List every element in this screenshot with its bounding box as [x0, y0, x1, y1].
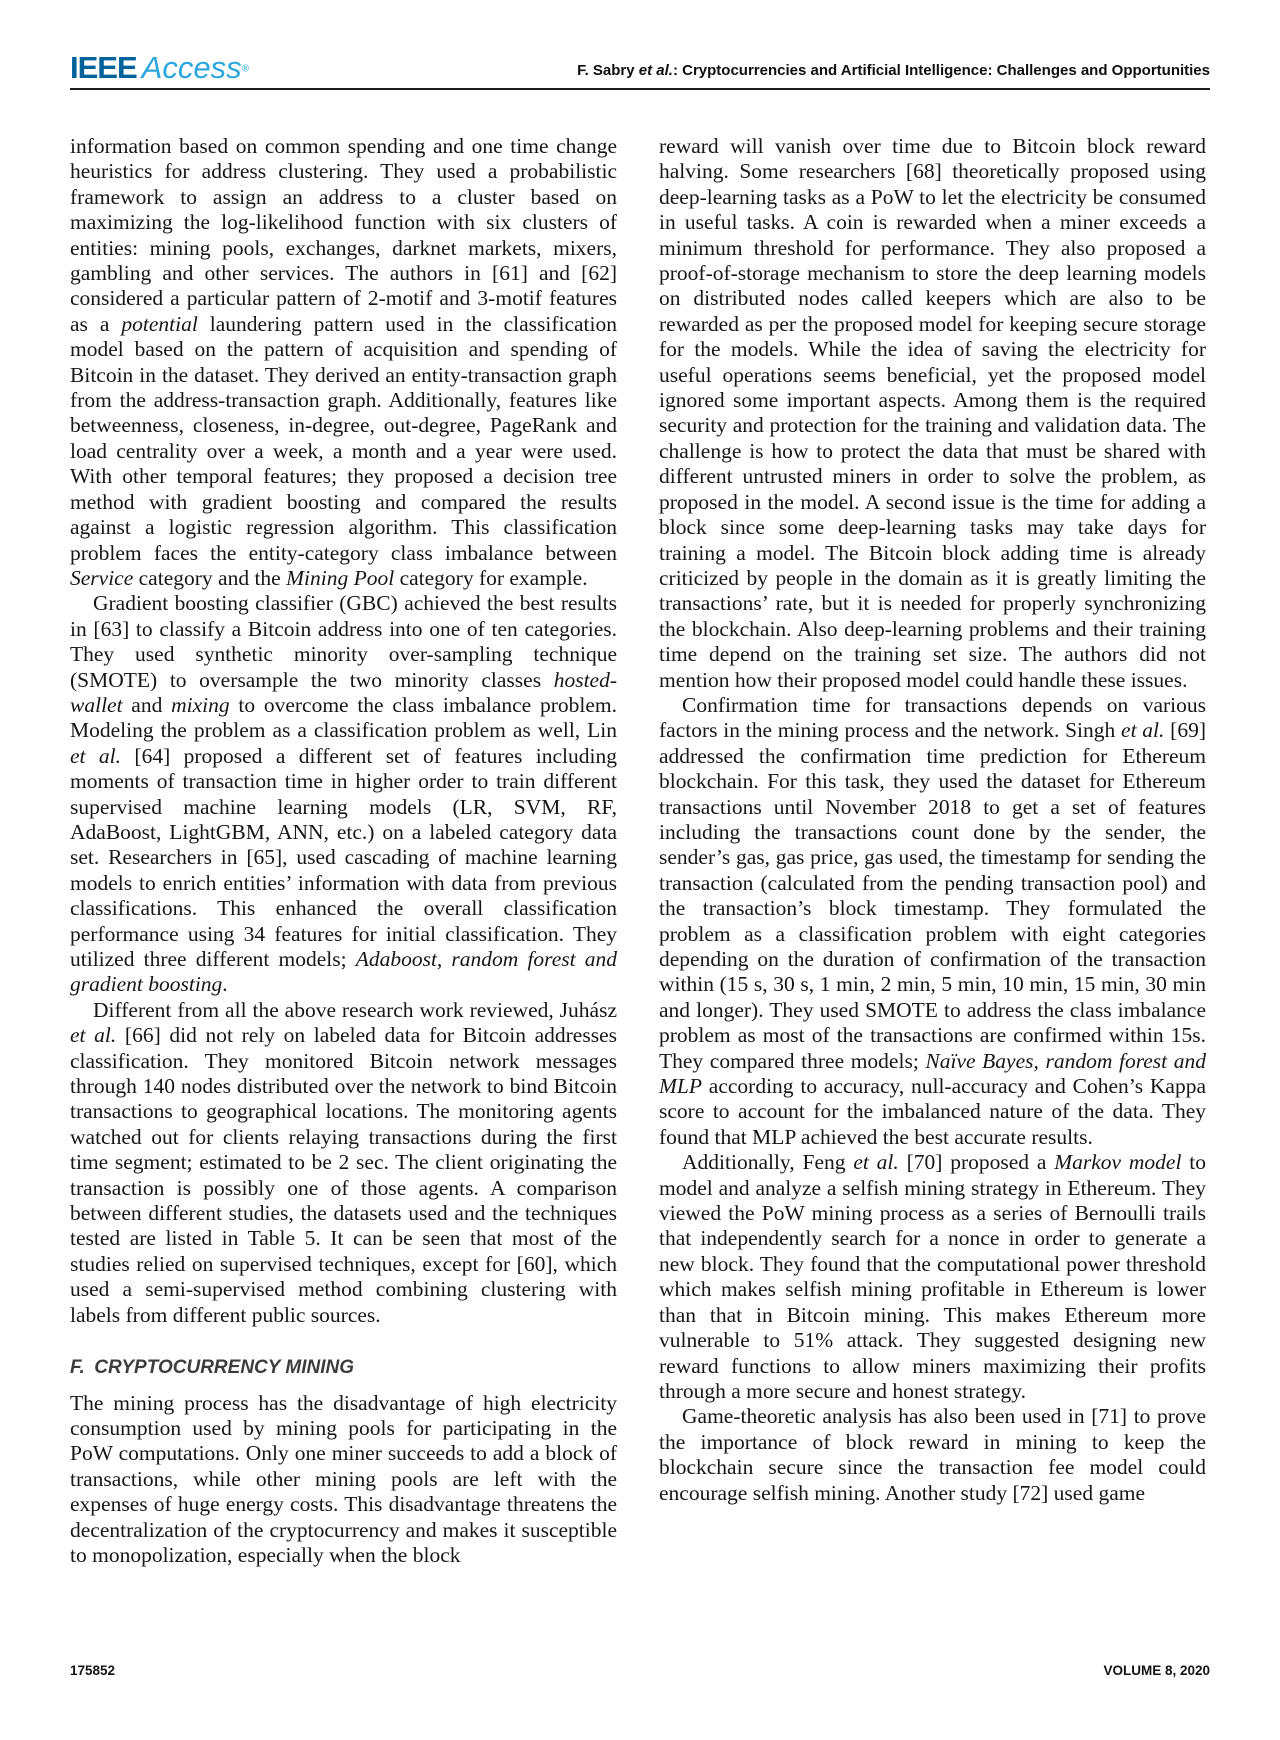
- registered-trademark-icon: ®: [242, 64, 249, 75]
- paragraph: Additionally, Feng et al. [70] proposed …: [659, 1150, 1206, 1404]
- paragraph: reward will vanish over time due to Bitc…: [659, 134, 1206, 693]
- paragraph: Different from all the above research wo…: [70, 998, 617, 1328]
- page-number: 175852: [70, 1663, 115, 1678]
- section-heading: F. CRYPTOCURRENCY MINING: [70, 1355, 617, 1380]
- article-body: information based on common spending and…: [70, 134, 1210, 1568]
- volume-info: VOLUME 8, 2020: [1103, 1663, 1210, 1678]
- paragraph: Gradient boosting classifier (GBC) achie…: [70, 591, 617, 998]
- running-title: F. Sabry et al.: Cryptocurrencies and Ar…: [577, 62, 1210, 86]
- paragraph: Game-theoretic analysis has also been us…: [659, 1404, 1206, 1506]
- page-footer: 175852 VOLUME 8, 2020: [70, 1663, 1210, 1678]
- left-column: information based on common spending and…: [70, 134, 617, 1568]
- paragraph: Confirmation time for transactions depen…: [659, 693, 1206, 1150]
- header-rule: [70, 88, 1210, 90]
- ieee-access-logo: IEEEAccess®: [70, 50, 249, 86]
- paragraph: The mining process has the disadvantage …: [70, 1391, 617, 1569]
- access-logo-text: Access: [142, 50, 242, 85]
- journal-page: IEEEAccess® F. Sabry et al.: Cryptocurre…: [0, 0, 1280, 1740]
- right-column: reward will vanish over time due to Bitc…: [659, 134, 1206, 1568]
- ieee-logo-text: IEEE: [70, 50, 137, 85]
- page-header: IEEEAccess® F. Sabry et al.: Cryptocurre…: [70, 0, 1210, 86]
- paragraph: information based on common spending and…: [70, 134, 617, 591]
